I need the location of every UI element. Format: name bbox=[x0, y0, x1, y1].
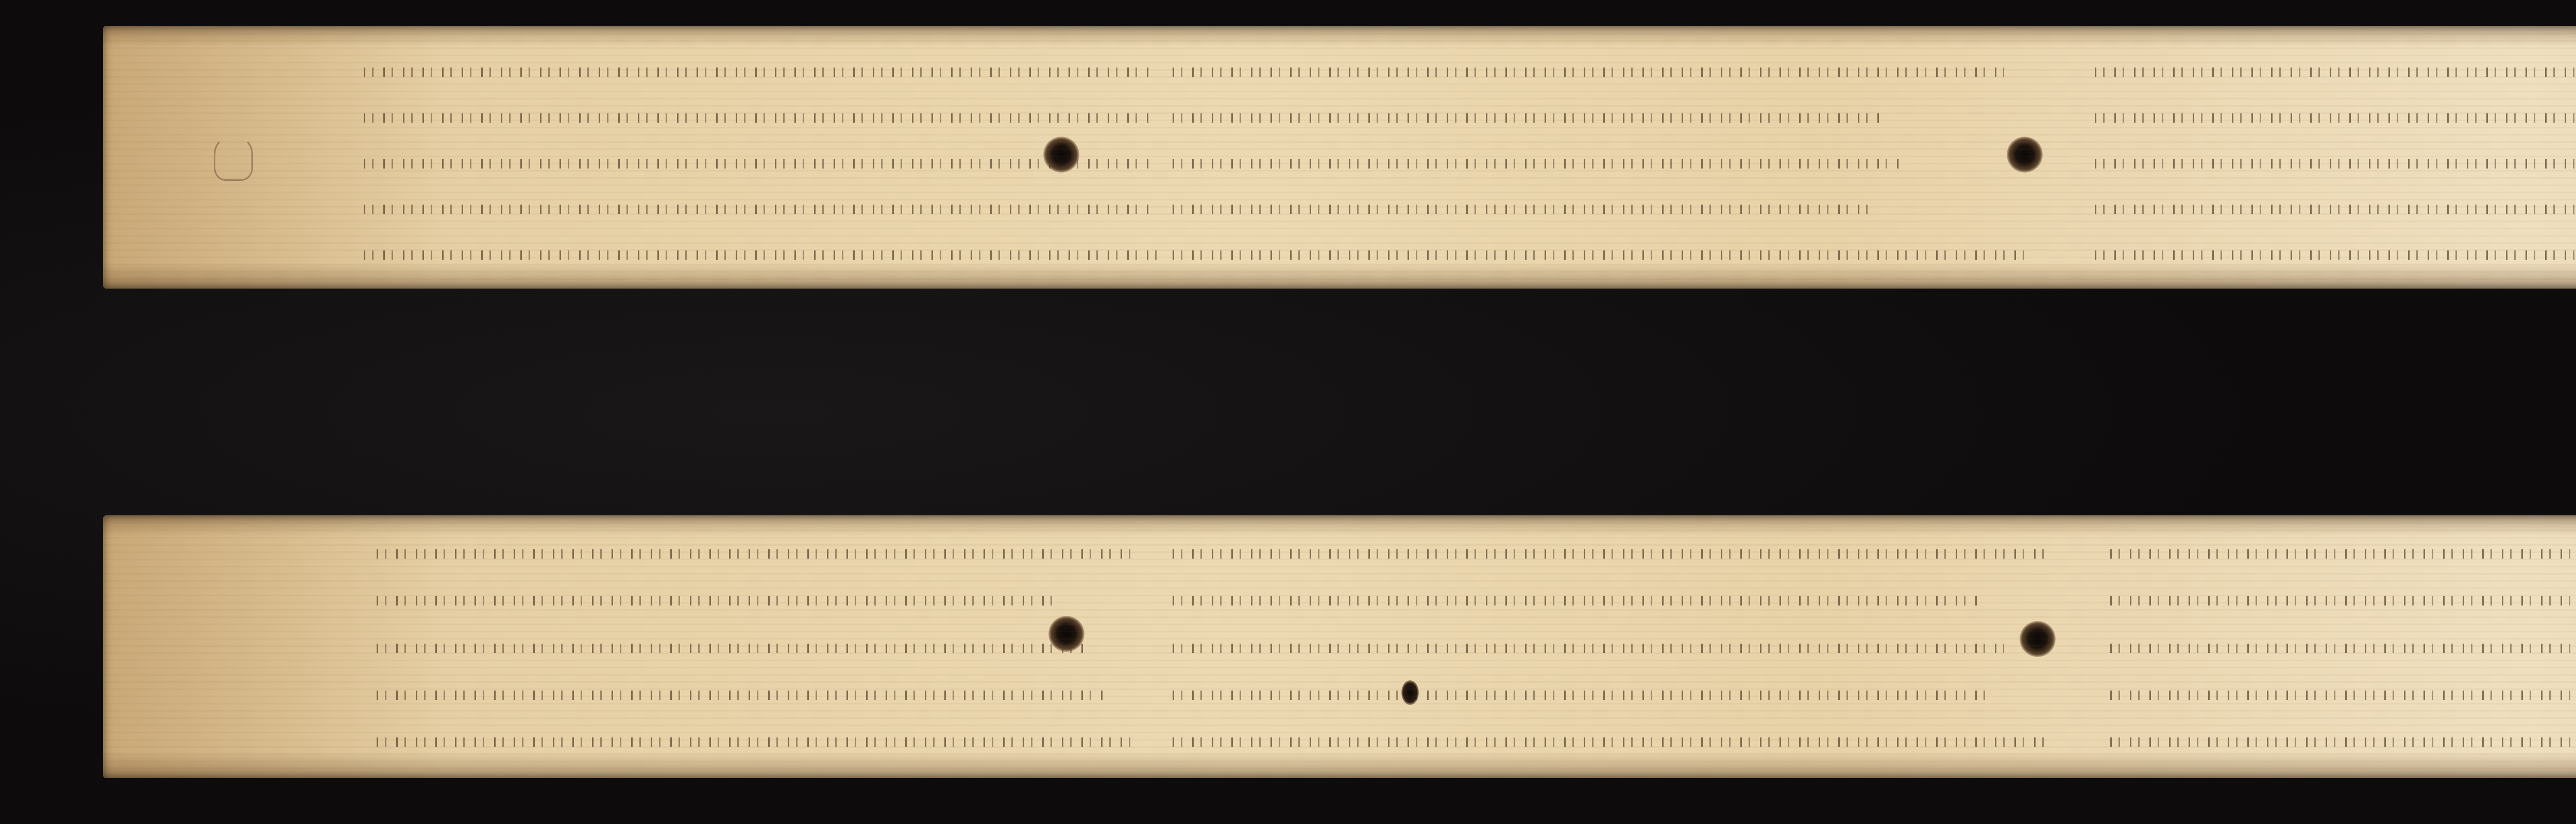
script-line bbox=[1170, 110, 1880, 126]
string-hole-right bbox=[2020, 621, 2056, 657]
text-block-left bbox=[361, 64, 1154, 263]
text-block-center bbox=[1170, 64, 2030, 263]
script-line bbox=[2092, 64, 2576, 80]
script-line bbox=[1170, 247, 2030, 263]
script-line bbox=[361, 64, 1154, 80]
small-hole bbox=[1401, 680, 1419, 705]
script-line bbox=[374, 593, 1054, 609]
text-block-right bbox=[2107, 546, 2576, 750]
script-line bbox=[1170, 641, 2004, 656]
script-line bbox=[2092, 110, 2576, 126]
script-line bbox=[2107, 687, 2576, 703]
script-line bbox=[2092, 247, 2576, 263]
script-line bbox=[2107, 734, 2576, 750]
manuscript-leaf-top: Manuscript leaf 1 bbox=[103, 26, 2576, 289]
string-hole-right bbox=[2007, 137, 2043, 173]
script-line bbox=[2092, 156, 2576, 172]
script-line bbox=[1170, 687, 1994, 703]
script-line bbox=[374, 546, 1136, 562]
script-line bbox=[1170, 593, 1984, 609]
script-line bbox=[1170, 201, 1875, 217]
script-line bbox=[1170, 156, 1901, 172]
script-line bbox=[2092, 201, 2576, 217]
script-line bbox=[361, 156, 1154, 172]
string-hole-left bbox=[1048, 616, 1084, 652]
script-line bbox=[2107, 593, 2576, 609]
script-line bbox=[374, 734, 1136, 750]
script-line bbox=[1170, 734, 2045, 750]
script-line bbox=[374, 641, 1084, 656]
script-line bbox=[1170, 546, 2045, 562]
script-line bbox=[374, 687, 1105, 703]
text-block-right bbox=[2092, 64, 2576, 263]
manuscript-leaf-bottom: Manuscript leaf 2 bbox=[103, 515, 2576, 778]
script-line bbox=[361, 201, 1154, 217]
script-line bbox=[2107, 546, 2576, 562]
script-line bbox=[361, 247, 1164, 263]
text-block-center bbox=[1170, 546, 2045, 750]
text-block-left bbox=[374, 546, 1136, 750]
margin-mark-icon bbox=[214, 137, 253, 181]
string-hole-left bbox=[1043, 137, 1079, 173]
script-line bbox=[2107, 641, 2576, 656]
script-line bbox=[1170, 64, 2004, 80]
script-line bbox=[361, 110, 1154, 126]
